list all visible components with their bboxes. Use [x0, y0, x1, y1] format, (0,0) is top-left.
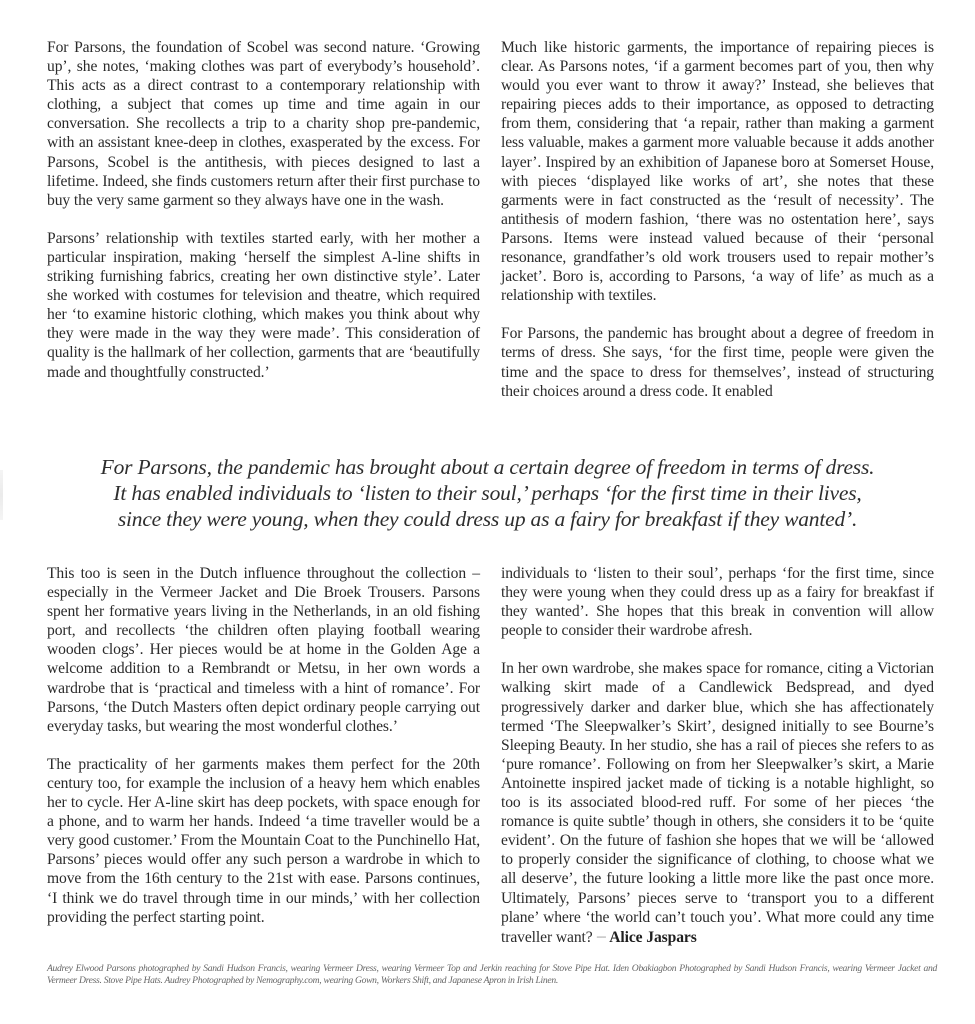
- page-edge-mark: [0, 470, 3, 520]
- article-paragraph: This too is seen in the Dutch influence …: [47, 564, 480, 736]
- pull-quote-line: It has enabled individuals to ‘listen to…: [30, 480, 945, 506]
- article-paragraph-text: In her own wardrobe, she makes space for…: [501, 660, 934, 945]
- pull-quote-line: For Parsons, the pandemic has brought ab…: [30, 454, 945, 480]
- article-paragraph: The practicality of her garments makes t…: [47, 755, 480, 927]
- pull-quote-line: since they were young, when they could d…: [30, 506, 945, 532]
- article-column-top-left: For Parsons, the foundation of Scobel wa…: [47, 38, 480, 401]
- article-paragraph: For Parsons, the pandemic has brought ab…: [501, 324, 934, 400]
- article-column-top-right: Much like historic garments, the importa…: [501, 38, 934, 420]
- article-column-bottom-right: individuals to ‘listen to their soul’, p…: [501, 564, 934, 966]
- article-paragraph: Parsons’ relationship with textiles star…: [47, 229, 480, 382]
- pull-quote: For Parsons, the pandemic has brought ab…: [30, 454, 945, 532]
- article-paragraph: Much like historic garments, the importa…: [501, 38, 934, 305]
- article-column-bottom-left: This too is seen in the Dutch influence …: [47, 564, 480, 946]
- separator-dash: ---: [596, 929, 605, 943]
- author-byline: Alice Jaspars: [609, 929, 697, 946]
- article-paragraph: For Parsons, the foundation of Scobel wa…: [47, 38, 480, 210]
- photo-caption: Audrey Elwood Parsons photographed by Sa…: [47, 963, 937, 987]
- article-paragraph-final: In her own wardrobe, she makes space for…: [501, 659, 934, 946]
- article-paragraph: individuals to ‘listen to their soul’, p…: [501, 564, 934, 640]
